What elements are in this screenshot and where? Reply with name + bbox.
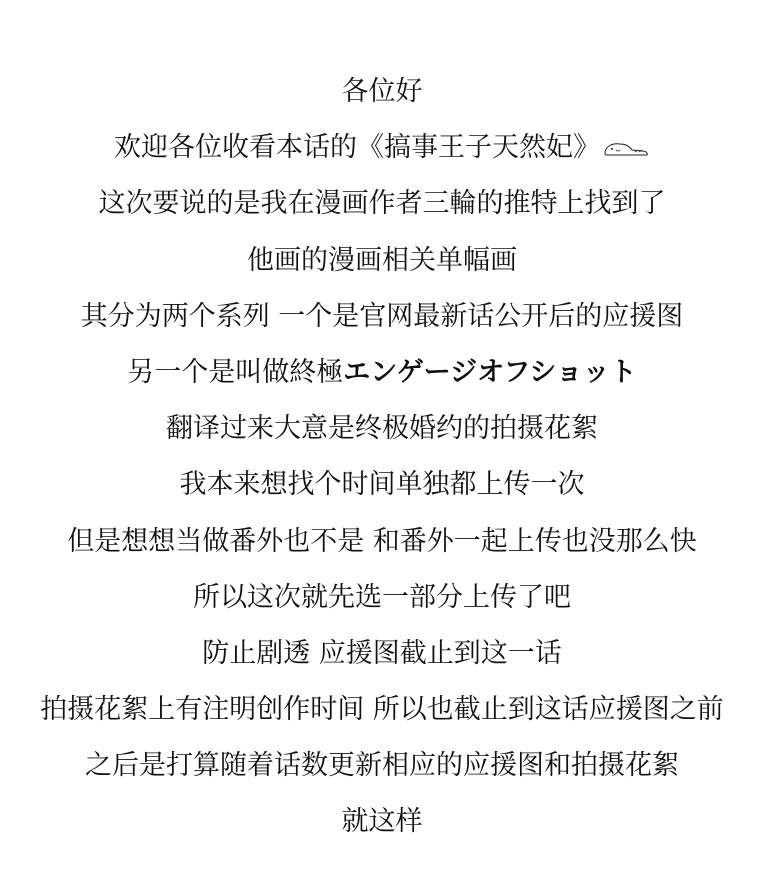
text-line: 拍摄花絮上有注明创作时间 所以也截止到这话应援图之前 <box>0 688 764 744</box>
text-line: 欢迎各位收看本话的《搞事王子天然妃》 <box>0 126 764 182</box>
text-line: 另一个是叫做終極エンゲージオフショット <box>0 351 764 407</box>
text-line: 但是想想当做番外也不是 和番外一起上传也没那么快 <box>0 520 764 576</box>
text-line: 之后是打算随着话数更新相应的应援图和拍摄花絮 <box>0 744 764 800</box>
text-line: 各位好 <box>0 70 764 126</box>
text-line: 其分为两个系列 一个是官网最新话公开后的应援图 <box>0 295 764 351</box>
text-line: 防止剧透 应援图截止到这一话 <box>0 632 764 688</box>
text-line: 翻译过来大意是终极婚约的拍摄花絮 <box>0 407 764 463</box>
text-line: 所以这次就先选一部分上传了吧 <box>0 576 764 632</box>
document-body: 各位好 欢迎各位收看本话的《搞事王子天然妃》 这次要说的是我在漫画作者三輪的推特… <box>0 70 764 857</box>
lying-creature-doodle-icon <box>602 140 650 158</box>
text-line: 这次要说的是我在漫画作者三輪的推特上找到了 <box>0 182 764 238</box>
text-line: 他画的漫画相关单幅画 <box>0 239 764 295</box>
text-line: 我本来想找个时间单独都上传一次 <box>0 463 764 519</box>
text-line: 就这样 <box>0 800 764 856</box>
